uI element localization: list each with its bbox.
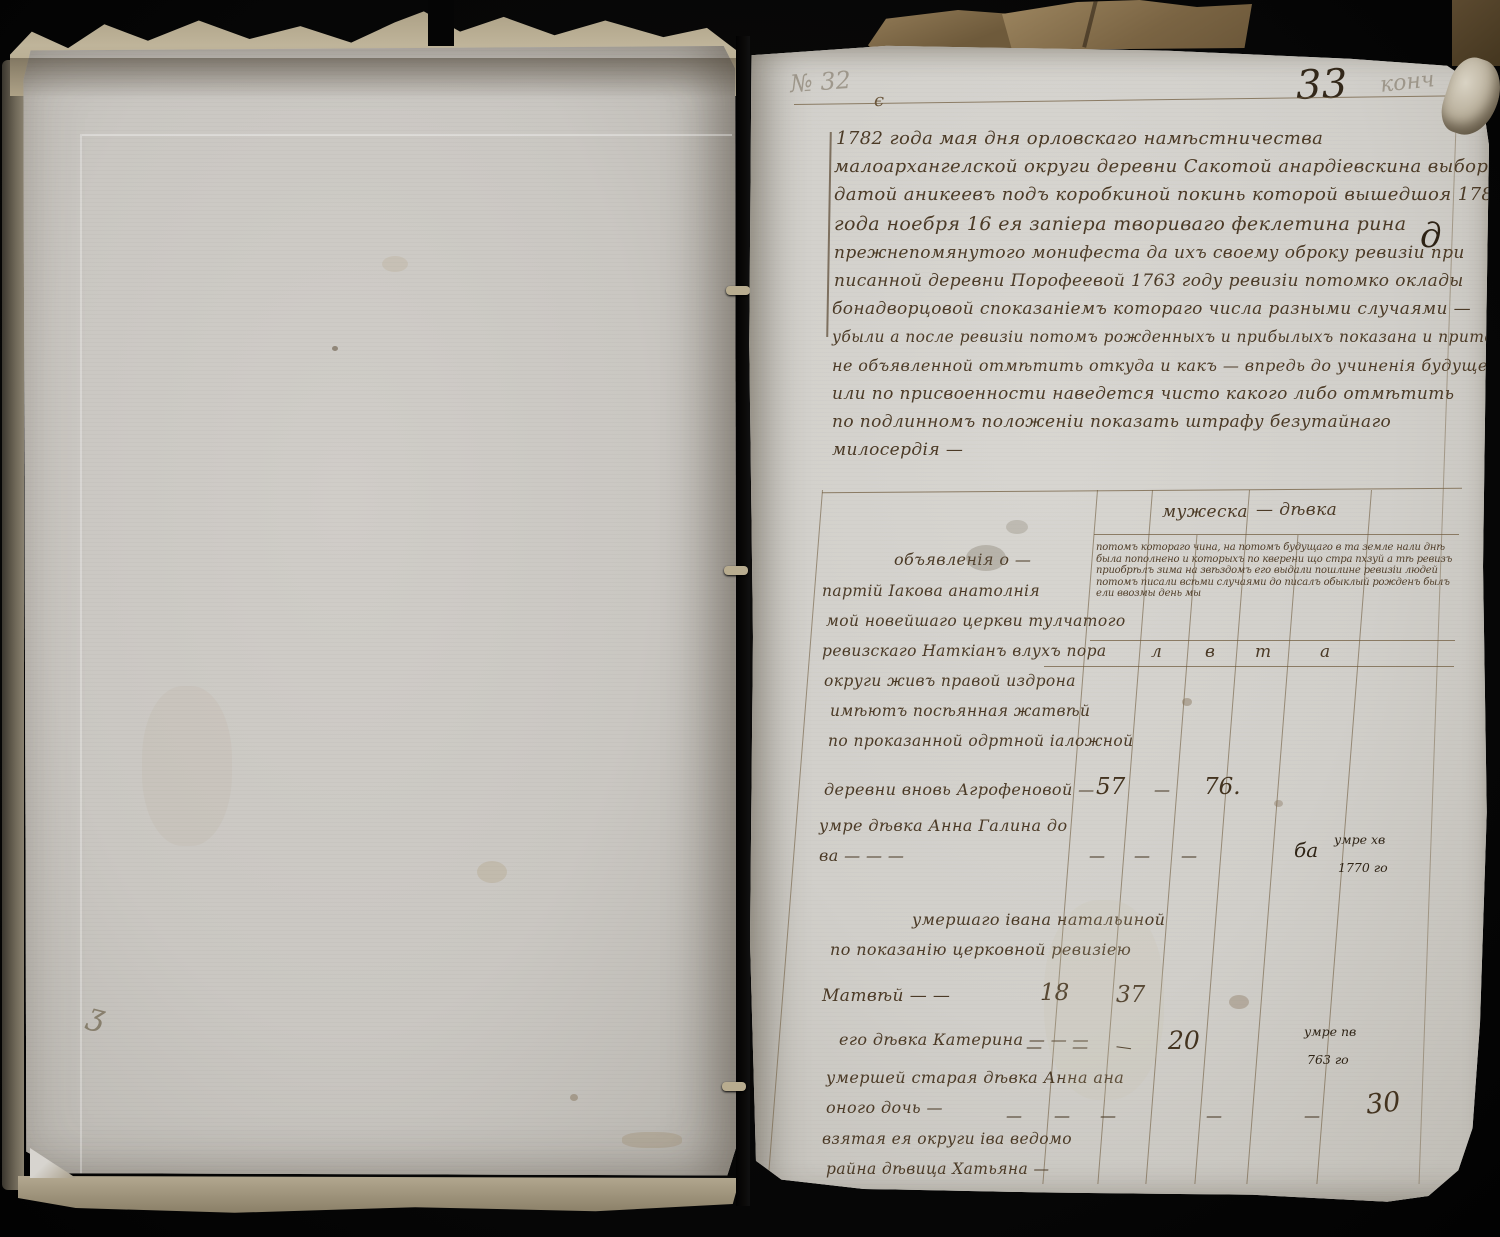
- binding-stitch: [722, 1082, 746, 1091]
- column-letter: л: [1151, 642, 1162, 662]
- column-letter: в: [1205, 642, 1215, 662]
- sheet-edge-highlight-vertical: [80, 134, 82, 1194]
- dark-paper-fragment: [1452, 0, 1500, 66]
- cell-value: —: [1054, 1106, 1070, 1125]
- right-manuscript-page: № 32 33 конч + ϵ 1782 года мая дня орлов…: [744, 40, 1492, 1210]
- row-desc: ва — — —: [819, 846, 904, 865]
- stain: [1182, 698, 1192, 706]
- smudge: [966, 545, 1006, 571]
- row-desc: взятая ея округи іва ведомо: [822, 1130, 1072, 1148]
- desc-column-line: мой новейшаго церкви тулчатого: [826, 612, 1126, 630]
- desc-column-line: округи живъ правой издрона: [824, 672, 1076, 690]
- cell-value: —: [1206, 1106, 1222, 1125]
- stain: [1229, 995, 1249, 1009]
- cell-value: —: [1154, 780, 1170, 799]
- cell-value: —: [1089, 846, 1105, 865]
- underlying-page-edge: [2, 60, 24, 1190]
- column-letter: а: [1320, 642, 1331, 662]
- desc-column-line: объявленія о —: [894, 550, 1031, 569]
- cell-value: —: [1026, 1037, 1042, 1056]
- torn-gap: [428, 0, 454, 46]
- stain: [477, 861, 507, 883]
- row-desc: умре дѣвка Анна Галина до: [819, 816, 1067, 835]
- table-subheader-text: потомъ котораго чина, на потомъ будущаго…: [1096, 542, 1456, 638]
- cell-value: —: [1134, 846, 1150, 865]
- book-gutter: [736, 36, 750, 1206]
- desc-column-line: по проказанной одртной іаложной: [828, 732, 1134, 750]
- tatter-shadow: [10, 58, 736, 98]
- cell-value: 76.: [1204, 774, 1241, 800]
- sheet-edge-highlight: [82, 134, 732, 136]
- cell-note: 1770 го: [1338, 860, 1388, 875]
- cell-value: ба: [1294, 838, 1318, 862]
- left-blank-page: ʒ: [22, 46, 738, 1180]
- photo-of-open-manuscript-book: ʒ № 32 33 конч + ϵ 1782 года мая дня орл…: [0, 0, 1500, 1237]
- column-header-female: — дѣвка: [1256, 500, 1337, 520]
- cell-value: 30: [1364, 1086, 1401, 1120]
- smudge: [622, 1132, 682, 1148]
- book-block-bottom-edge: [18, 1176, 740, 1216]
- desc-column-line: партій Іакова анатолнія: [822, 582, 1040, 600]
- subheader-line: потомъ котораго чина, на потомъ будущаго…: [1096, 542, 1421, 553]
- row-desc: иго: [822, 1188, 850, 1206]
- water-stain: [1044, 900, 1164, 1100]
- column-letter: т: [1255, 642, 1272, 662]
- cell-value: 57: [1096, 774, 1125, 800]
- row-desc: Матвѣй — —: [822, 986, 950, 1006]
- cell-value: 20: [1168, 1026, 1200, 1055]
- row-desc: оного дочь —: [826, 1098, 943, 1117]
- stain: [382, 256, 408, 272]
- cell-note: умре пв: [1304, 1024, 1356, 1039]
- cell-value: —: [1304, 1106, 1320, 1125]
- cell-value: —: [1006, 1106, 1022, 1125]
- binding-stitch: [724, 566, 748, 575]
- stain: [570, 1094, 578, 1101]
- ink-squiggle-mark: ʒ: [84, 996, 109, 1034]
- cell-note: 763 го: [1307, 1052, 1349, 1067]
- row-desc: райна дѣвица Хатьяна —: [826, 1160, 1049, 1178]
- cell-note: умре хв: [1334, 832, 1385, 847]
- faint-discoloration: [142, 686, 232, 846]
- stain: [332, 346, 338, 351]
- kraft-paper-fragment: [1002, 0, 1252, 50]
- cell-value: —: [1181, 846, 1197, 865]
- fore-edge-margin-line: [1419, 98, 1458, 1184]
- smudge: [1006, 520, 1028, 534]
- row-desc: деревни вновь Агрофеновой —: [824, 780, 1095, 799]
- column-header-male: мужеска: [1162, 502, 1248, 522]
- cell-value: —: [1100, 1106, 1116, 1125]
- binding-stitch: [726, 286, 750, 295]
- stain: [1274, 800, 1283, 807]
- desc-column-line: имѣютъ посѣянная жатвѣй: [830, 702, 1090, 720]
- desc-column-line: ревизскаго Наткіанъ влухъ пора: [822, 642, 1107, 660]
